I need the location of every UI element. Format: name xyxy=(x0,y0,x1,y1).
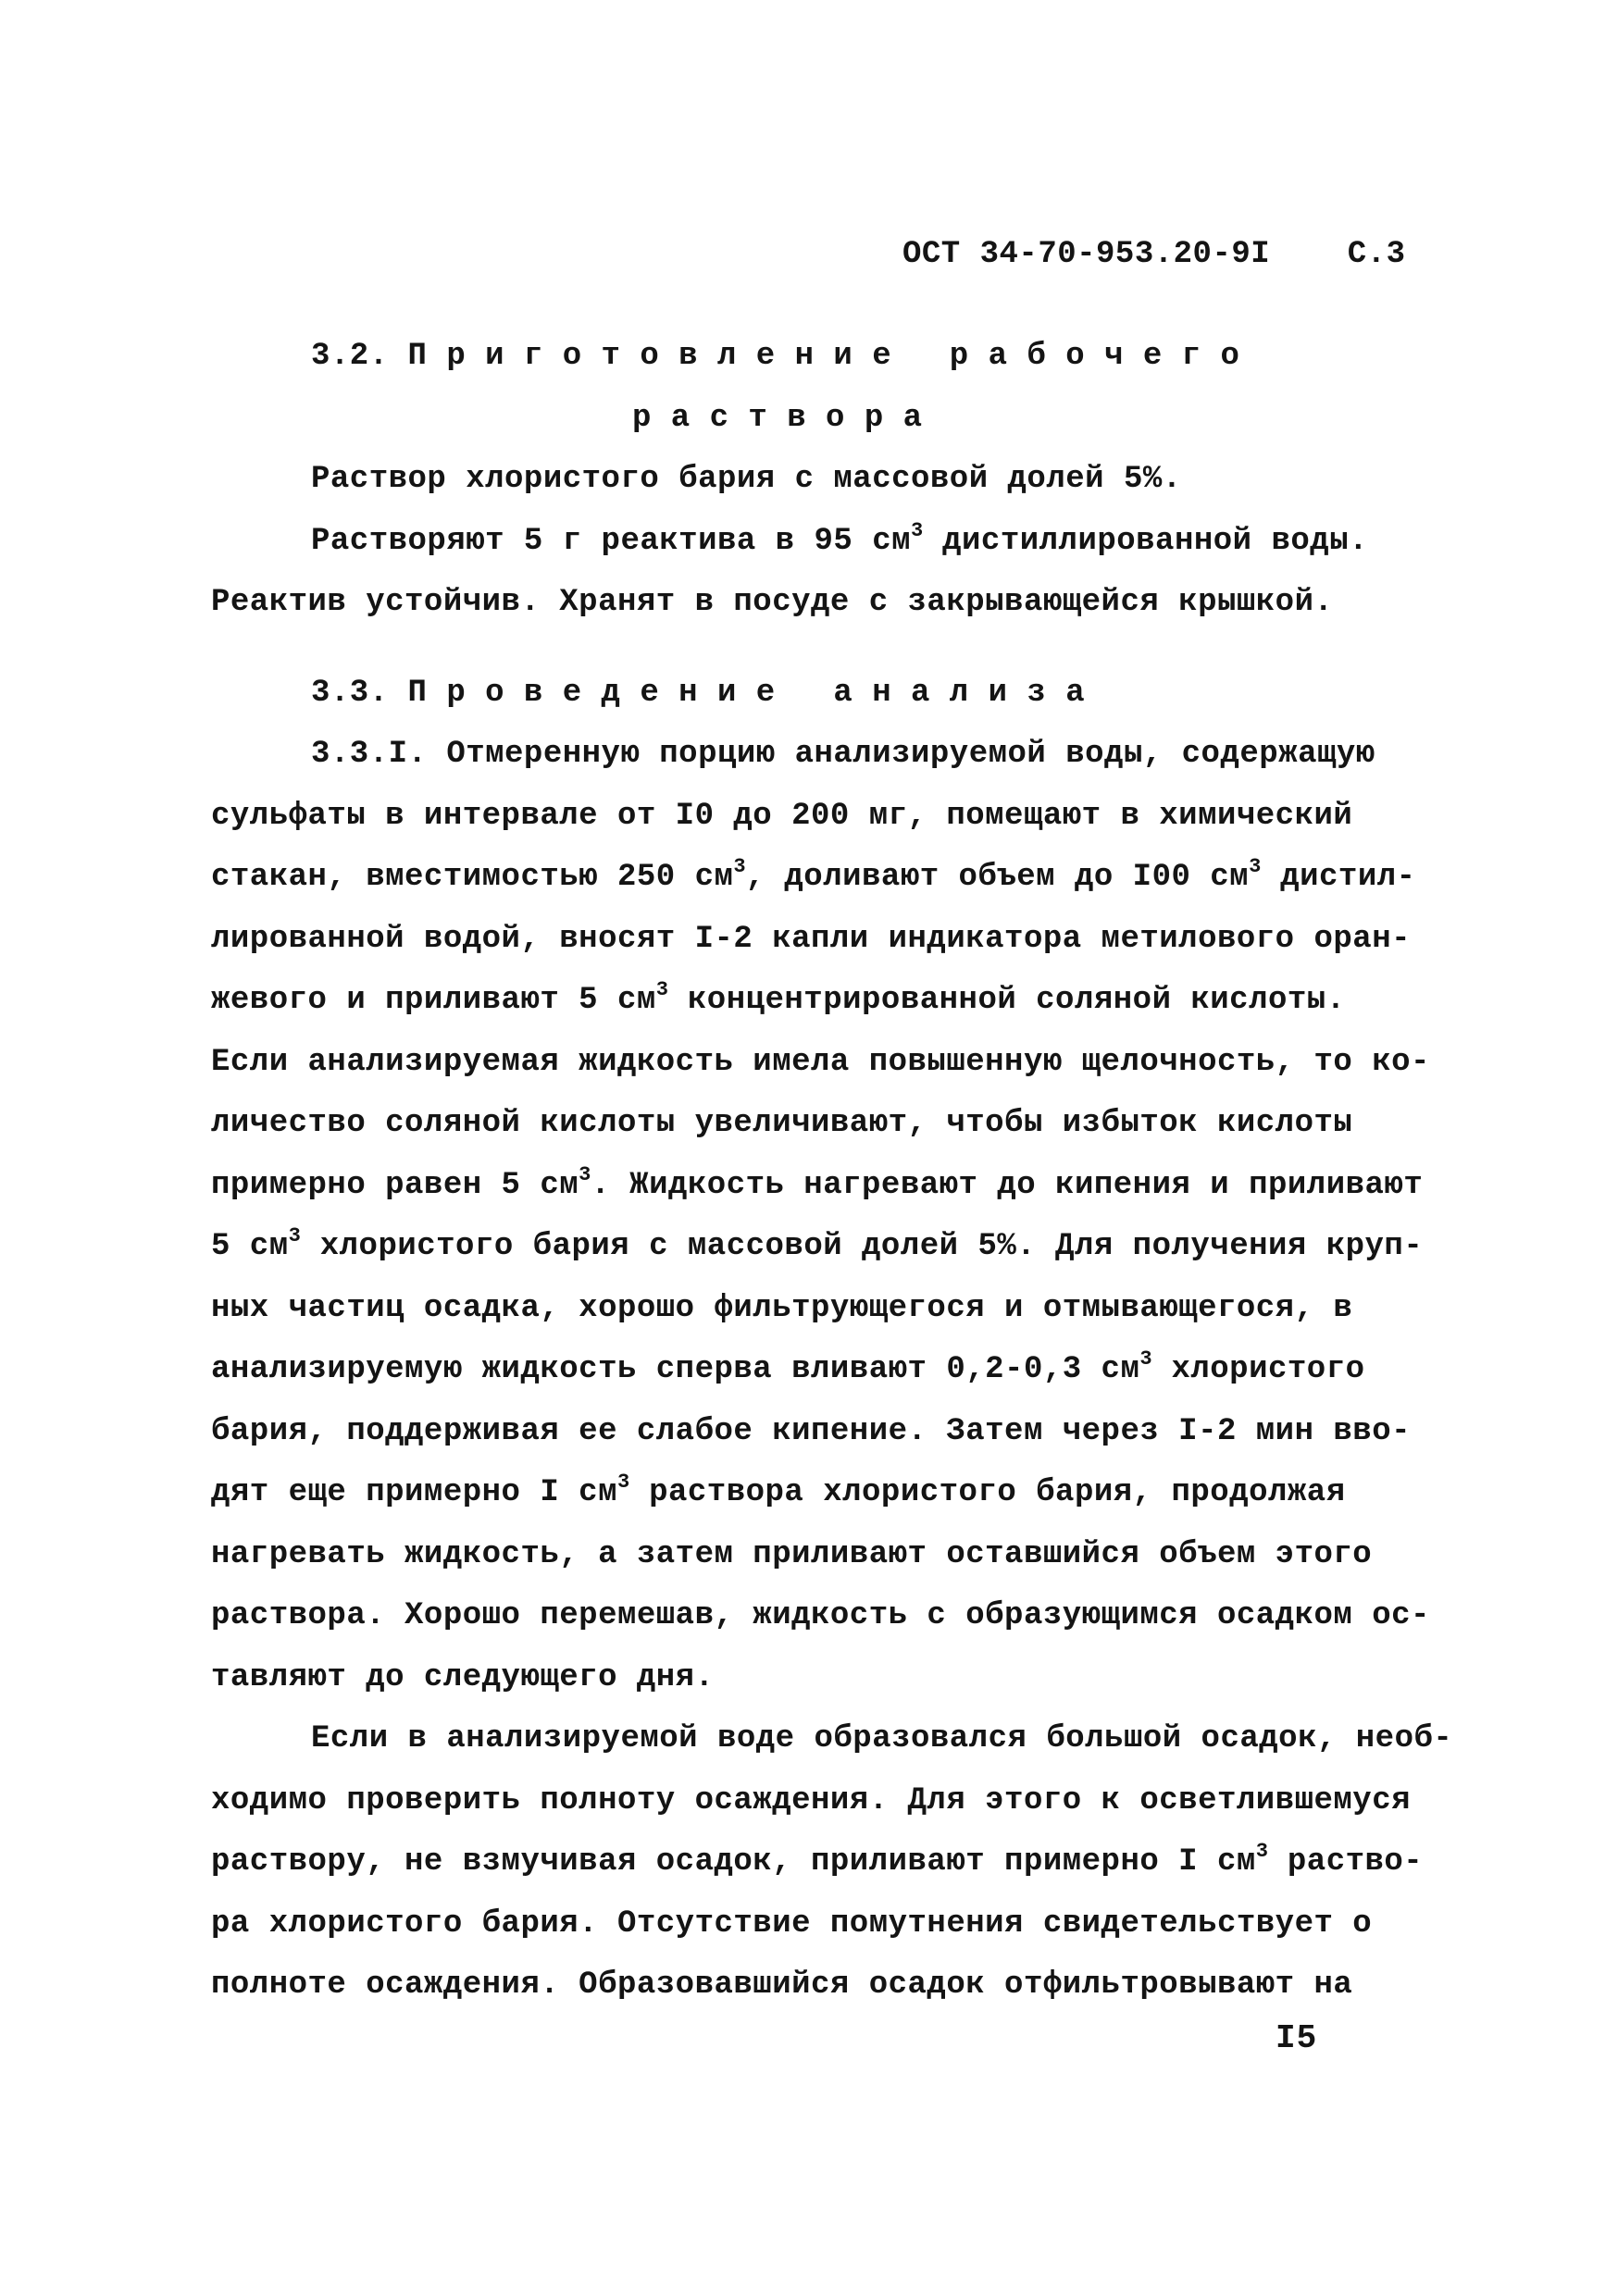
text-line: анализируемую жидкость сперва вливают 0,… xyxy=(211,1339,1442,1401)
superscript: 3 xyxy=(656,978,668,1001)
text-line: примерно равен 5 см3. Жидкость нагревают… xyxy=(211,1155,1442,1217)
text-line: ных частиц осадка, хорошо фильтрующегося… xyxy=(211,1278,1442,1340)
text-line: личество соляной кислоты увеличивают, чт… xyxy=(211,1093,1442,1155)
text-line: раствору, не взмучивая осадок, приливают… xyxy=(211,1831,1442,1893)
superscript: 3 xyxy=(579,1163,591,1186)
superscript: 3 xyxy=(617,1471,629,1494)
text-line: ра хлористого бария. Отсутствие помутнен… xyxy=(211,1893,1442,1955)
superscript: 3 xyxy=(733,855,745,878)
text-line: ходимо проверить полноту осаждения. Для … xyxy=(211,1770,1442,1832)
text-line: Растворяют 5 г реактива в 95 см3 дистилл… xyxy=(211,511,1442,573)
text-line: Если анализируемая жидкость имела повыше… xyxy=(211,1032,1442,1094)
text-line: 3.3. П р о в е д е н и е а н а л и з а xyxy=(211,663,1442,725)
document-body: 3.2. П р и г о т о в л е н и е р а б о ч… xyxy=(211,326,1442,2017)
text-line: тавляют до следующего дня. xyxy=(211,1647,1442,1709)
document-page: ОСТ 34-70-953.20-9I С.3 3.2. П р и г о т… xyxy=(0,0,1618,2296)
text-line: стакан, вместимостью 250 см3, доливают о… xyxy=(211,847,1442,909)
superscript: 3 xyxy=(1139,1347,1151,1371)
superscript: 3 xyxy=(1249,855,1261,878)
text-line: 5 см3 хлористого бария с массовой долей … xyxy=(211,1216,1442,1278)
text-line: 3.2. П р и г о т о в л е н и е р а б о ч… xyxy=(211,326,1442,388)
text-line: жевого и приливают 5 см3 концентрированн… xyxy=(211,970,1442,1032)
text-line: нагревать жидкость, а затем приливают ос… xyxy=(211,1524,1442,1586)
text-line: р а с т в о р а xyxy=(211,388,1442,450)
text-line: дят еще примерно I см3 раствора хлористо… xyxy=(211,1462,1442,1524)
superscript: 3 xyxy=(1256,1840,1268,1863)
superscript: 3 xyxy=(289,1224,301,1247)
text-line: Если в анализируемой воде образовался бо… xyxy=(211,1708,1442,1770)
text-line: сульфаты в интервале от I0 до 200 мг, по… xyxy=(211,786,1442,848)
text-line: бария, поддерживая ее слабое кипение. За… xyxy=(211,1401,1442,1463)
text-line: лированной водой, вносят I-2 капли индик… xyxy=(211,909,1442,971)
text-line: Реактив устойчив. Хранят в посуде с закр… xyxy=(211,572,1442,634)
text-line: 3.3.I. Отмеренную порцию анализируемой в… xyxy=(211,724,1442,786)
text-line: Раствор хлористого бария с массовой доле… xyxy=(211,449,1442,511)
superscript: 3 xyxy=(911,519,923,542)
text-line: полноте осаждения. Образовавшийся осадок… xyxy=(211,1955,1442,2017)
page-number: I5 xyxy=(1276,2019,1317,2057)
text-line: раствора. Хорошо перемешав, жидкость с о… xyxy=(211,1585,1442,1647)
document-code-header: ОСТ 34-70-953.20-9I С.3 xyxy=(902,237,1406,272)
